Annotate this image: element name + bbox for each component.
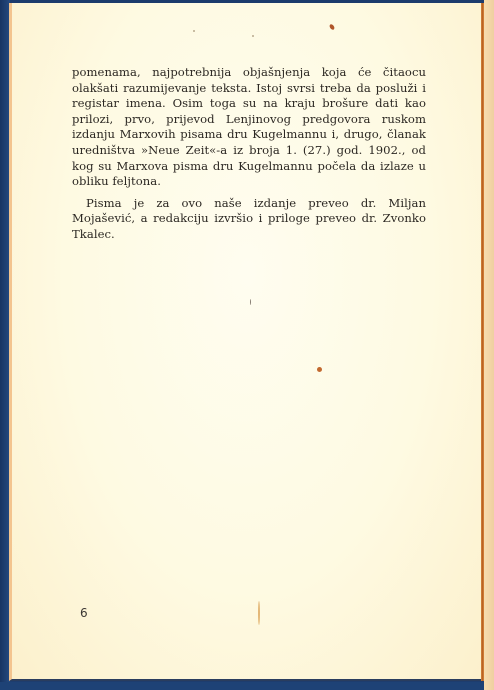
paragraph-1: pomenama, najpotrebnija objašnjenja koja…: [72, 65, 426, 190]
paper-speck: [252, 35, 254, 37]
next-page-strip: [484, 0, 494, 690]
paper-speck: [250, 299, 251, 305]
paper-speck: [193, 30, 195, 32]
paper-speck: [329, 23, 336, 30]
paper-speck: [317, 367, 322, 372]
body-text: pomenama, najpotrebnija objašnjenja koja…: [72, 65, 426, 243]
paragraph-2: Pisma je za ovo naše izdanje preveo dr. …: [72, 196, 426, 243]
page-number: 6: [80, 606, 88, 620]
scanned-page-view: pomenama, najpotrebnija objašnjenja koja…: [0, 0, 494, 690]
book-cover-bottom-edge: [0, 682, 494, 690]
page-right-edge: [481, 3, 484, 681]
paper-speck: [258, 601, 260, 625]
